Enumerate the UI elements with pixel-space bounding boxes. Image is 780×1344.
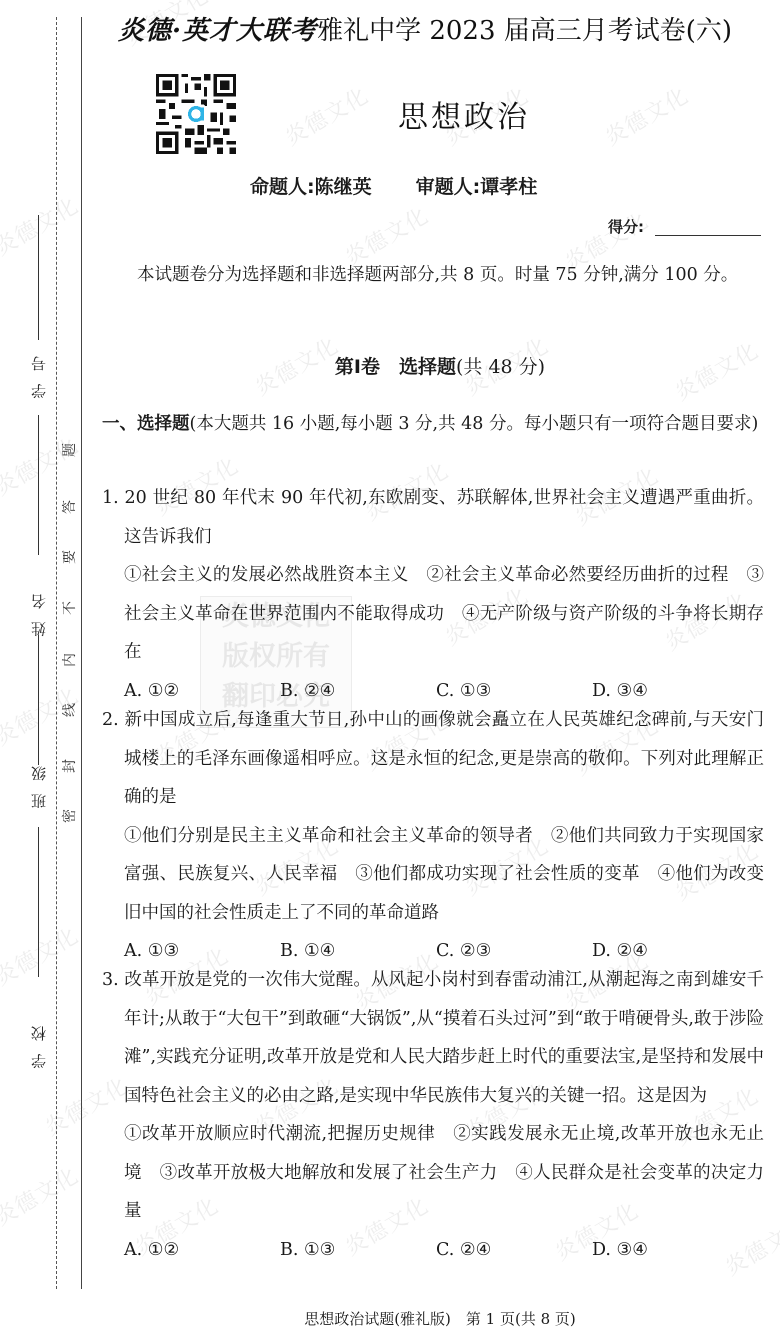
watermark: 炎德文化 [0,1159,84,1232]
name-field-line[interactable] [38,415,39,555]
cut-line-dashed [56,17,57,1289]
exam-brand: 炎德·英才大联考 [118,16,317,46]
seal-line-solid [81,17,82,1289]
name-label: 姓 名 [28,590,49,637]
question-statements: ①他们分别是民主主义革命和社会主义革命的领导者 ②他们共同致力于实现国家富强、民… [102,817,764,933]
choice-a[interactable]: A. ①② [124,1231,280,1270]
question-stem: 3. 改革开放是党的一次伟大觉醒。从风起小岗村到春雷动浦江,从潮起海之南到雄安千… [102,961,764,1115]
setter-label: 命题人:陈继英 [250,176,372,198]
choice-d[interactable]: D. ③④ [592,1231,748,1270]
exam-title: 炎德·英才大联考雅礼中学 2023 届高三月考试卷(六) [118,10,732,47]
watermark: 炎德文化 [278,79,373,152]
question-statements: ①改革开放顺应时代潮流,把握历史规律 ②实践发展永无止境,改革开放也永无止境 ③… [102,1115,764,1231]
question-2: 2. 新中国成立后,每逢重大节日,孙中山的画像就会矗立在人民英雄纪念碑前,与天安… [102,701,764,971]
watermark: 炎德文化 [0,189,84,262]
reviewer-label: 审题人:谭孝柱 [416,176,538,198]
choice-c[interactable]: C. ②④ [436,1231,592,1270]
question-1: 1. 20 世纪 80 年代末 90 年代初,东欧剧变、苏联解体,世界社会主义遭… [102,479,764,710]
seal-char: 要 [59,550,79,564]
seal-char: 密 [59,809,79,823]
question-stem: 2. 新中国成立后,每逢重大节日,孙中山的画像就会矗立在人民英雄纪念碑前,与天安… [102,701,764,817]
class-label: 班 级 [28,762,49,809]
section-title: 第Ⅰ卷 选择题(共 48 分) [0,352,780,379]
score-label: 得分: [608,216,644,237]
qr-code-icon[interactable] [156,74,236,154]
choice-b[interactable]: B. ①③ [280,1231,436,1270]
exam-title-rest: 雅礼中学 2023 届高三月考试卷(六) [317,16,732,46]
watermark: 炎德文化 [0,919,84,992]
answer-choices: A. ①② B. ①③ C. ②④ D. ③④ [102,1231,764,1270]
subject-title: 思想政治 [398,92,530,136]
seal-char: 封 [59,759,79,773]
question-3: 3. 改革开放是党的一次伟大觉醒。从风起小岗村到春雷动浦江,从潮起海之南到雄安千… [102,961,764,1269]
question-statements: ①社会主义的发展必然战胜资本主义 ②社会主义革命必然要经历曲折的过程 ③社会主义… [102,556,764,672]
seal-char: 题 [59,443,79,457]
exam-intro: 本试题卷分为选择题和非选择题两部分,共 8 页。时量 75 分钟,满分 100 … [102,256,764,294]
watermark: 炎德文化 [598,79,693,152]
class-field-line[interactable] [38,635,39,765]
seal-char: 线 [59,703,79,717]
student-id-field-line[interactable] [38,215,39,340]
seal-char: 答 [59,500,79,514]
seal-char: 不 [59,601,79,615]
watermark: 炎德文化 [0,429,84,502]
school-field-line[interactable] [38,827,39,977]
school-label: 学 校 [28,1022,49,1069]
exam-authors: 命题人:陈继英审题人:谭孝柱 [250,172,537,199]
page-footer: 思想政治试题(雅礼版) 第 1 页(共 8 页) [0,1308,780,1329]
score-field[interactable] [655,235,761,236]
seal-char: 内 [59,653,79,667]
part-one-heading: 一、选择题(本大题共 16 小题,每小题 3 分,共 48 分。每小题只有一项符… [102,405,764,443]
question-stem: 1. 20 世纪 80 年代末 90 年代初,东欧剧变、苏联解体,世界社会主义遭… [102,479,764,556]
